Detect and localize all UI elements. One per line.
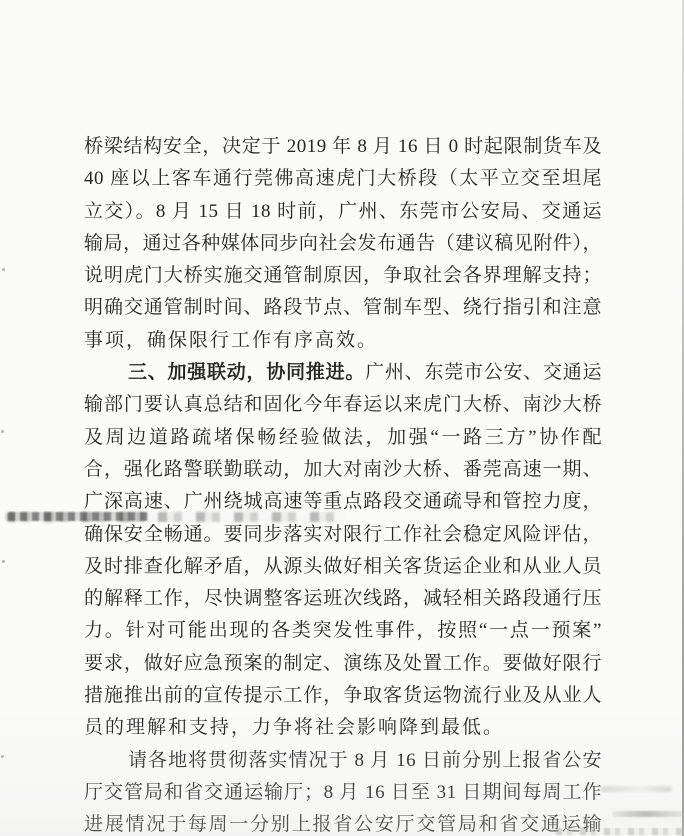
document-line: 立交）。8 月 15 日 18 时前，广州、东莞市公安局、交通运 (84, 196, 602, 228)
document-body: 桥梁结构安全，决定于 2019 年 8 月 16 日 0 时起限制货车及 40 … (84, 131, 602, 836)
document-line: 进展情况于每周一分别上报省公安厅交管局和省交通运输 (84, 809, 602, 836)
document-line: 合，强化路警联勤联动，加大对南沙大桥、番莞高速一期、 (84, 454, 602, 486)
scan-speck (2, 560, 5, 563)
document-line: 40 座以上客车通行莞佛高速虎门大桥段（太平立交至坦尾 (84, 163, 602, 195)
paragraph-1: 桥梁结构安全，决定于 2019 年 8 月 16 日 0 时起限制货车及 40 … (84, 131, 602, 357)
scan-speck (1, 430, 4, 433)
scan-speck (2, 268, 5, 271)
document-line: 广深高速、广州绕城高速等重点路段交通疏导和管控力度， (84, 486, 602, 518)
scan-streak (612, 811, 684, 817)
document-line: 厅交管局和省交通运输厅；8 月 16 日至 31 日期间每周工作 (84, 777, 602, 809)
document-line: 员的理解和支持，力争将社会影响降到最低。 (84, 712, 602, 744)
document-line: 力。针对可能出现的各类突发性事件，按照“一点一预案” (84, 615, 602, 647)
scan-streak (600, 786, 672, 792)
document-line: 请各地将贯彻落实情况于 8 月 16 日前分别上报省公安 (84, 745, 602, 777)
section-heading-continuation: 广州、东莞市公安、交通运 (365, 362, 602, 383)
document-line: 的解释工作，尽快调整客运班次线路，减轻相关路段通行压 (84, 583, 602, 615)
document-line: 输部门要认真总结和固化今年春运以来虎门大桥、南沙大桥 (84, 389, 602, 421)
section-heading: 三、加强联动，协同推进。 (128, 362, 365, 383)
paragraph-3: 请各地将贯彻落实情况于 8 月 16 日前分别上报省公安 厅交管局和省交通运输厅… (84, 745, 602, 836)
document-line: 输局，通过各种媒体同步向社会发布通告（建议稿见附件）， (84, 228, 602, 260)
document-line: 事项，确保限行工作有序高效。 (84, 325, 602, 357)
document-line: 说明虎门大桥实施交通管制原因，争取社会各界理解支持； (84, 260, 602, 292)
document-line: 要求，做好应急预案的制定、演练及处置工作。要做好限行 (84, 648, 602, 680)
document-line: 桥梁结构安全，决定于 2019 年 8 月 16 日 0 时起限制货车及 (84, 131, 602, 163)
document-line: 明确交通管制时间、路段节点、管制车型、绕行指引和注意 (84, 292, 602, 324)
scanned-document-page: 桥梁结构安全，决定于 2019 年 8 月 16 日 0 时起限制货车及 40 … (0, 0, 684, 836)
document-line: 确保安全畅通。要同步落实对限行工作社会稳定风险评估， (84, 519, 602, 551)
scan-speck (1, 755, 4, 758)
document-line: 及时排查化解矛盾，从源头做好相关客货运企业和从业人员 (84, 551, 602, 583)
document-line: 及周边道路疏堵保畅经验做法，加强“一路三方”协作配 (84, 422, 602, 454)
document-line: 三、加强联动，协同推进。广州、东莞市公安、交通运 (84, 357, 602, 389)
paragraph-2: 三、加强联动，协同推进。广州、东莞市公安、交通运 输部门要认真总结和固化今年春运… (84, 357, 602, 745)
document-line: 措施推出前的宣传提示工作，争取客货运物流行业及从业人 (84, 680, 602, 712)
